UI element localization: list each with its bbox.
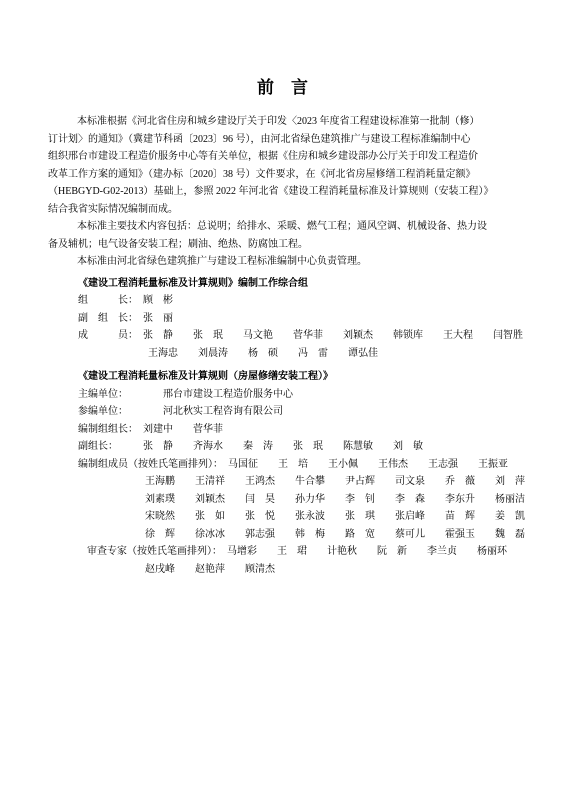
foreword-paragraph1-line: 订计划〉的通知》（冀建节科函〔2023〕96 号），由河北省绿色建筑推广与建设工…: [48, 131, 525, 149]
document-page: 前 言 本标准根据《河北省住房和城乡建设厅关于印发〈2023 年度省工程建设标准…: [0, 0, 565, 799]
install-group-team-leader: 编制组组长： 刘建中 菅华菲: [78, 421, 525, 439]
general-group-deputy-leader: 副 组 长： 张 丽: [78, 310, 525, 328]
foreword-paragraph1-line: 结合我省实际情况编制而成。: [48, 201, 525, 219]
install-group-experts-line: 审查专家（按姓氏笔画排列）： 马增彩 王 珺 计艳秋 阮 新 李兰贞 杨丽环: [87, 543, 525, 561]
install-group-members-line: 编制组成员（按姓氏笔画排列）： 马国征 王 培 王小佩 王伟杰 王志强 王振亚: [78, 456, 525, 474]
general-group-leader: 组 长： 顾 彬: [78, 292, 525, 310]
page-title: 前 言: [0, 76, 565, 100]
general-group-heading: 《建设工程消耗量标准及计算规则》编制工作综合组: [78, 275, 525, 293]
install-group-members-line: 宋晓然 张 如 张 悦 张永波 张 琪 张启峰 苗 辉 姜 凯: [145, 508, 525, 526]
install-group-members-line: 王海鹏 王清祥 王鸿杰 牛合攀 尹占辉 司文泉 乔 薇 刘 萍: [145, 473, 525, 491]
foreword-paragraph2-line: 备及辅机；电气设备安装工程；刷油、绝热、防腐蚀工程。: [48, 236, 525, 254]
install-group-deputy-leader: 副组长： 张 静 齐海水 秦 涛 张 珉 陈慧敏 刘 敏: [78, 438, 525, 456]
install-group-members-line: 徐 辉 徐冰冰 郭志强 韩 梅 路 宽 蔡可儿 霍强玉 魏 磊: [145, 526, 525, 544]
general-group-members-line: 王海忠 刘晨涛 杨 硕 冯 雷 谭弘佳: [148, 345, 525, 363]
foreword-paragraph3-line: 本标准由河北省绿色建筑推广与建设工程标准编制中心负责管理。: [48, 253, 525, 271]
install-group-chief-edit-unit: 主编单位： 邢台市建设工程造价服务中心: [78, 386, 525, 404]
foreword-paragraph1-line: 组织邢台市建设工程造价服务中心等有关单位，根据《住房和城乡建设部办公厅关于印发工…: [48, 148, 525, 166]
foreword-paragraph2-line: 本标准主要技术内容包括：总说明；给排水、采暖、燃气工程；通风空调、机械设备、热力…: [48, 218, 525, 236]
install-group-participating-unit: 参编单位： 河北秋实工程咨询有限公司: [78, 403, 525, 421]
install-group-heading: 《建设工程消耗量标准及计算规则（房屋修缮安装工程）》: [78, 368, 525, 386]
install-group-members-line: 刘素璞 刘颖杰 闫 昊 孙力华 李 钊 李 森 李东升 杨丽洁: [145, 491, 525, 509]
foreword-paragraph1-line: 改革工作方案的通知》（建办标〔2020〕38 号）文件要求，在《河北省房屋修缮工…: [48, 166, 525, 184]
install-group-experts-line: 赵戌峰 赵艳萍 顾清杰: [145, 561, 525, 579]
general-group-members-line: 成 员： 张 静 张 珉 马文艳 菅华菲 刘颖杰 韩锁库 王大程 闫智胜: [78, 327, 525, 345]
foreword-paragraph1-line: 本标准根据《河北省住房和城乡建设厅关于印发〈2023 年度省工程建设标准第一批制…: [48, 113, 525, 131]
foreword-paragraph1-line: （HEBGYD-G02-2013）基础上，参照 2022 年河北省《建设工程消耗…: [48, 183, 525, 201]
